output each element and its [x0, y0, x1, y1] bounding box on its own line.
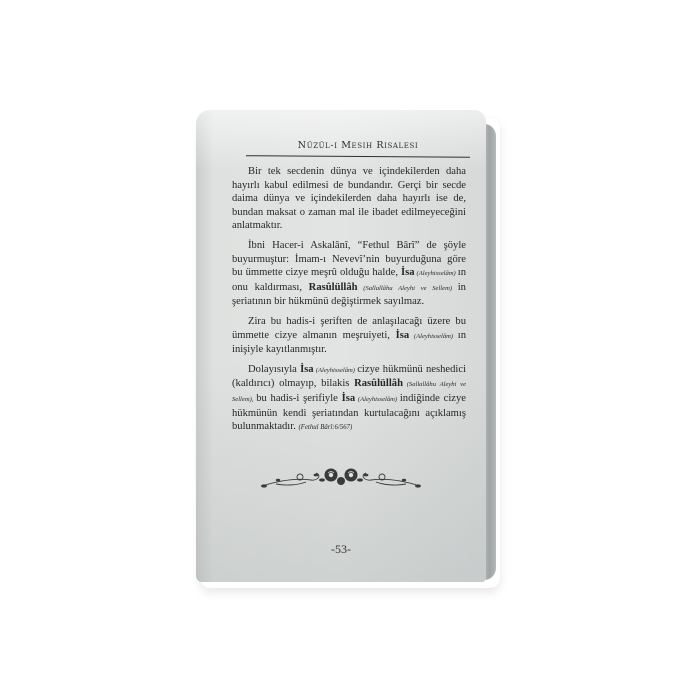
name-emphasis: İsa: [401, 267, 415, 278]
honorific-text: (Sallallâhu Aleyhi ve Sellem): [358, 285, 458, 292]
scene: Nüzûl-i Mesih Risalesi Bir tek secdenin …: [0, 0, 700, 700]
name-emphasis: İsa: [300, 364, 314, 375]
name-emphasis: Rasûlüllâh: [309, 282, 358, 293]
running-head: Nüzûl-i Mesih Risalesi: [246, 140, 470, 151]
header-rule: [246, 155, 470, 158]
floral-divider-icon: [256, 466, 426, 492]
name-emphasis: İsa: [396, 330, 410, 341]
paragraph-3: Zira bu hadis-i şeriften de anlaşılacağı…: [232, 315, 466, 357]
paragraph-4: Dolayısıyla İsa (Aleyhisselâm) cizye hük…: [232, 363, 466, 435]
text-run: Dolayısıyla: [248, 364, 300, 375]
book-page: Nüzûl-i Mesih Risalesi Bir tek secdenin …: [196, 110, 486, 582]
body-text: Bir tek secdenin dünya ve içindekilerden…: [232, 165, 466, 441]
text-run: Bir tek secdenin dünya ve içindekilerden…: [232, 166, 466, 231]
citation-text: (Fethul Bârî:6/567): [299, 424, 353, 431]
page-number: -53-: [196, 542, 486, 557]
name-emphasis: İsa: [342, 393, 356, 404]
honorific-text: (Aleyhisselâm): [314, 367, 358, 374]
honorific-text: (Aleyhisselâm): [409, 333, 458, 340]
text-run: bu hadis-i şerifiyle: [256, 393, 341, 404]
paragraph-1: Bir tek secdenin dünya ve içindekilerden…: [232, 165, 466, 233]
name-emphasis: Rasûlüllâh: [354, 378, 403, 389]
honorific-text: (Aleyhisselâm): [355, 396, 400, 403]
honorific-text: (Aleyhisselâm): [415, 270, 458, 277]
paragraph-2: İbni Hacer-i Askalânî, “Fethul Bârî” de …: [232, 239, 466, 309]
